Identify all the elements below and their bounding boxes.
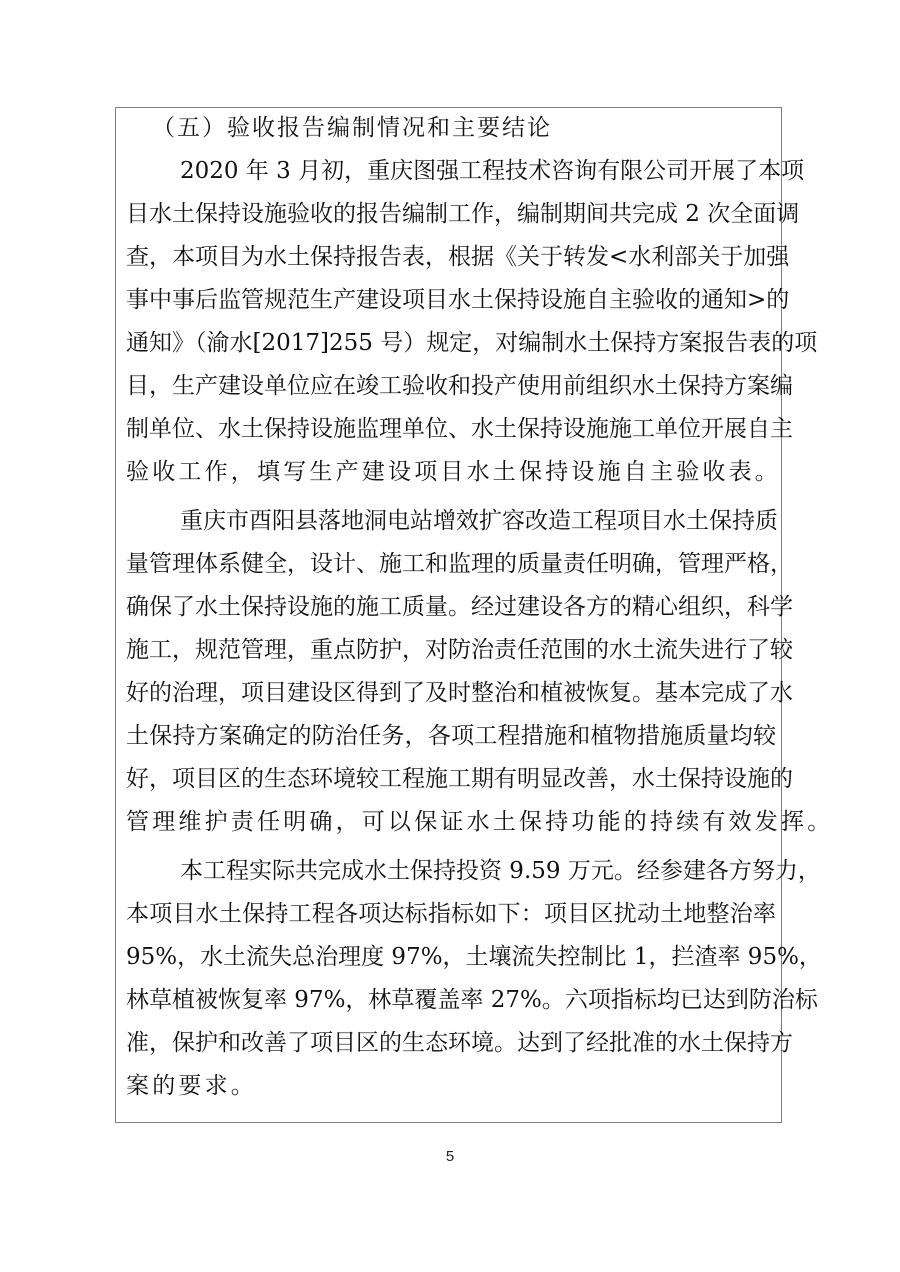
paragraph-line: 林草植被恢复率 97%，林草覆盖率 27%。六项指标均已达到防治标 — [126, 979, 776, 1022]
section-heading: （五）验收报告编制情况和主要结论 — [152, 107, 552, 150]
paragraph-line: 本工程实际共完成水土保持投资 9.59 万元。经参建各方努力， — [180, 850, 776, 893]
paragraph-line-last: 案的要求。 — [126, 1065, 257, 1108]
paragraph-line: 重庆市酉阳县落地洞电站增效扩容改造工程项目水土保持质 — [180, 500, 776, 543]
document-page: （五）验收报告编制情况和主要结论 2020 年 3 月初，重庆图强工程技术咨询有… — [0, 0, 900, 1272]
paragraph-line: 准，保护和改善了项目区的生态环境。达到了经批准的水土保持方 — [126, 1022, 776, 1065]
paragraph-line-last: 管理维护责任明确，可以保证水土保持功能的持续有效发挥。 — [126, 801, 833, 844]
paragraph-line: 好，项目区的生态环境较工程施工期有明显改善，水土保持设施的 — [126, 758, 776, 801]
paragraph-line: 2020 年 3 月初，重庆图强工程技术咨询有限公司开展了本项 — [180, 150, 776, 193]
paragraph-line: 施工，规范管理，重点防护，对防治责任范围的水土流失进行了较 — [126, 629, 776, 672]
paragraph-line: 目水土保持设施验收的报告编制工作，编制期间共完成 2 次全面调 — [126, 193, 776, 236]
paragraph-line: 查，本项目为水土保持报告表，根据《关于转发<水利部关于加强 — [126, 236, 776, 279]
paragraph-line: 95%，水土流失总治理度 97%，土壤流失控制比 1，拦渣率 95%， — [126, 936, 776, 979]
paragraph-line: 确保了水土保持设施的施工质量。经过建设各方的精心组织，科学 — [126, 586, 776, 629]
paragraph-line-last: 验收工作，填写生产建设项目水土保持设施自主验收表。 — [126, 451, 781, 494]
paragraph-line: 好的治理，项目建设区得到了及时整治和植被恢复。基本完成了水 — [126, 672, 776, 715]
paragraph-line: 目，生产建设单位应在竣工验收和投产使用前组织水土保持方案编 — [126, 365, 776, 408]
paragraph-line: 量管理体系健全，设计、施工和监理的质量责任明确，管理严格， — [126, 543, 776, 586]
page-number: 5 — [440, 1148, 460, 1165]
paragraph-line: 本项目水土保持工程各项达标指标如下：项目区扰动土地整治率 — [126, 893, 776, 936]
paragraph-line: 通知》（渝水[2017]255 号）规定，对编制水土保持方案报告表的项 — [126, 322, 776, 365]
paragraph-line: 事中事后监管规范生产建设项目水土保持设施自主验收的通知>的 — [126, 279, 776, 322]
paragraph-line: 土保持方案确定的防治任务，各项工程措施和植物措施质量均较 — [126, 715, 776, 758]
paragraph-line: 制单位、水土保持设施监理单位、水土保持设施施工单位开展自主 — [126, 408, 776, 451]
